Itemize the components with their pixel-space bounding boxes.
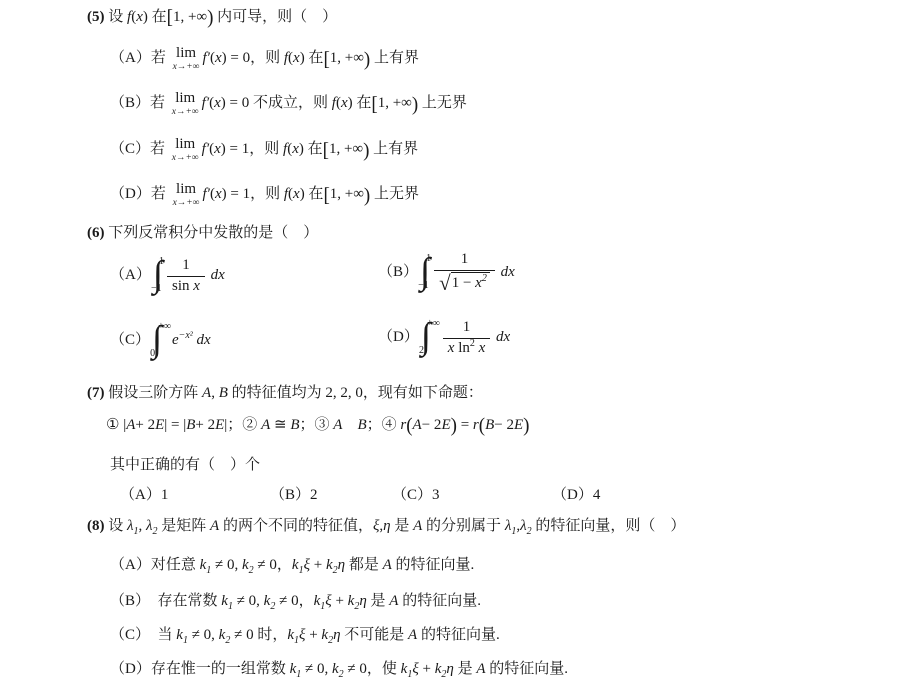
q6-option-b: （B）∫1−11√1 − x2 dx — [378, 250, 515, 296]
q7-propositions: ① |A+ 2E| = |B+ 2E|；② A ≅ B；③ A B；④ r(A−… — [106, 416, 529, 436]
q5-option-c: （C）若 limx→+∞f′(x) = 1，则 f(x) 在[1, +∞) 上有… — [110, 137, 418, 163]
q5-stem: (5) 设 f(x) 在[1, +∞) 内可导，则（ ） — [87, 8, 337, 28]
q8-option-b: （B） 存在常数 k1 ≠ 0, k2 ≠ 0，k1ξ + k2η 是 A 的特… — [110, 592, 481, 612]
q5-option-a: （A）若 limx→+∞f′(x) = 0，则 f(x) 在[1, +∞) 上有… — [110, 46, 419, 72]
q7-choice-b: （B）2 — [270, 486, 318, 506]
q6-option-d: （D）∫+∞21x ln2 x dx — [378, 315, 510, 361]
q6-option-c: （C）∫+∞0e−x² dx — [110, 318, 211, 364]
q8-option-c: （C） 当 k1 ≠ 0, k2 ≠ 0 时，k1ξ + k2η 不可能是 A … — [110, 626, 500, 646]
q6-option-a: （A）∫1−11sin x dx — [110, 253, 225, 299]
q8-option-d: （D）存在惟一的一组常数 k1 ≠ 0, k2 ≠ 0，使 k1ξ + k2η … — [110, 660, 568, 680]
q7-stem: (7) 假设三阶方阵 A, B 的特征值均为 2, 2, 0，现有如下命题： — [87, 384, 483, 404]
q7-correct-count-line: 其中正确的有（ ）个 — [110, 456, 260, 476]
q8-option-a: （A）对任意 k1 ≠ 0, k2 ≠ 0，k1ξ + k2η 都是 A 的特征… — [110, 556, 474, 576]
q6-stem: (6) 下列反常积分中发散的是（ ） — [87, 224, 318, 244]
q7-choice-a: （A）1 — [120, 486, 168, 506]
exam-page: (5) 设 f(x) 在[1, +∞) 内可导，则（ ） （A）若 limx→+… — [0, 0, 900, 690]
q7-choice-c: （C）3 — [392, 486, 440, 506]
q5-option-d: （D）若 limx→+∞f′(x) = 1，则 f(x) 在[1, +∞) 上无… — [110, 182, 419, 208]
q7-choice-d: （D）4 — [552, 486, 600, 506]
q5-option-b: （B）若 limx→+∞f′(x) = 0 不成立，则 f(x) 在[1, +∞… — [110, 91, 467, 117]
q8-stem: (8) 设 λ1, λ2 是矩阵 A 的两个不同的特征值，ξ,η 是 A 的分别… — [87, 517, 685, 537]
